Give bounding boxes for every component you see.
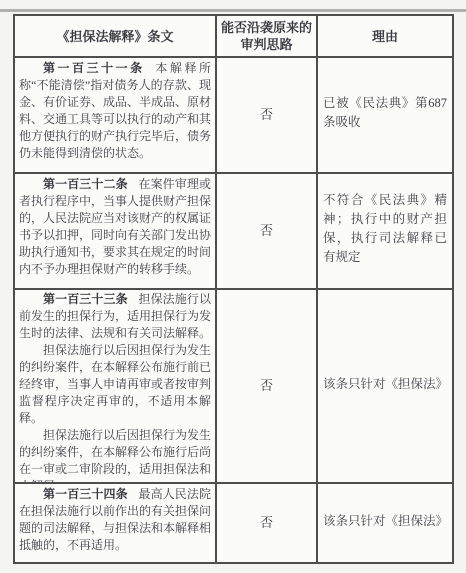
follow-cell: 否 [216,289,317,483]
page-top-edge-line [0,9,466,12]
row-article-133: 第一百三十三条担保法施行以前发生的担保行为，适用担保行为发生时的法律、法规和有关… [14,289,453,483]
follow-value: 否 [217,484,316,558]
header-article-column: 《担保法解释》条文 [14,15,216,57]
article-paragraph: 担保法施行以后因担保行为发生的纠纷案件，在本解释公布施行后尚在一审或二审阶段的，… [19,427,211,482]
scanned-page: 《担保法解释》条文 能否沿袭原来的审判思路 理由 第一百三十一条本解释所称“不能… [0,0,466,573]
reason-text: 不符合《民法典》精神；执行中的财产担保，执行司法解释已有规定 [323,191,447,267]
reason-text: 该条只针对《担保法》 [323,512,447,531]
article-text: 在案件审理或者执行程序中，当事人提供财产担保的，人民法院应当对该财产的权属证书予… [19,177,211,276]
article-cell: 第一百三十二条在案件审理或者执行程序中，当事人提供财产担保的，人民法院应当对该财… [14,173,216,289]
reason-cell: 不符合《民法典》精神；执行中的财产担保，执行司法解释已有规定 [317,173,453,289]
header-row: 《担保法解释》条文 能否沿袭原来的审判思路 理由 [14,15,453,57]
reason-text: 该条只针对《担保法》 [323,375,447,394]
header-follow-column: 能否沿袭原来的审判思路 [216,15,317,57]
article-number: 第一百三十三条 [43,292,128,306]
reason-cell: 该条只针对《担保法》 [317,483,453,563]
follow-cell: 否 [216,483,317,563]
article-cell: 第一百三十一条本解释所称“不能清偿”指对债务人的存款、现金、有价证券、成品、半成… [14,57,216,173]
follow-cell: 否 [216,57,317,173]
follow-value: 否 [217,174,316,284]
follow-value: 否 [217,58,316,168]
guarantee-law-comparison-table: 《担保法解释》条文 能否沿袭原来的审判思路 理由 第一百三十一条本解释所称“不能… [13,14,454,564]
follow-cell: 否 [216,173,317,289]
article-paragraph: 第一百三十一条本解释所称“不能清偿”指对债务人的存款、现金、有价证券、成品、半成… [19,60,211,162]
follow-value: 否 [217,290,316,479]
reason-cell: 该条只针对《担保法》 [317,289,453,483]
header-follow-label: 能否沿袭原来的审判思路 [217,16,316,56]
row-article-131: 第一百三十一条本解释所称“不能清偿”指对债务人的存款、现金、有价证券、成品、半成… [14,57,453,173]
reason-text: 已被《民法典》第687条吸收 [323,94,447,132]
article-paragraph: 第一百三十二条在案件审理或者执行程序中，当事人提供财产担保的，人民法院应当对该财… [19,176,211,278]
article-cell: 第一百三十四条最高人民法院在担保法施行以前作出的有关担保问题的司法解释，与担保法… [14,483,216,563]
row-article-132: 第一百三十二条在案件审理或者执行程序中，当事人提供财产担保的，人民法院应当对该财… [14,173,453,289]
article-paragraph: 担保法施行以后因担保行为发生的纠纷案件，在本解释公布施行前已经终审，当事人申请再… [19,342,211,427]
row-article-134: 第一百三十四条最高人民法院在担保法施行以前作出的有关担保问题的司法解释，与担保法… [14,483,453,563]
reason-cell: 已被《民法典》第687条吸收 [317,57,453,173]
header-article-label: 《担保法解释》条文 [15,16,215,56]
article-paragraph: 第一百三十四条最高人民法院在担保法施行以前作出的有关担保问题的司法解释，与担保法… [19,486,211,554]
header-reason-column: 理由 [317,15,453,57]
header-reason-label: 理由 [318,16,452,56]
article-number: 第一百三十二条 [43,177,128,191]
article-number: 第一百三十一条 [43,61,145,75]
article-number: 第一百三十四条 [43,487,128,501]
article-text: 本解释所称“不能清偿”指对债务人的存款、现金、有价证券、成品、半成品、原材料、交… [19,61,211,160]
article-cell: 第一百三十三条担保法施行以前发生的担保行为，适用担保行为发生时的法律、法规和有关… [14,289,216,483]
article-paragraph: 第一百三十三条担保法施行以前发生的担保行为，适用担保行为发生时的法律、法规和有关… [19,291,211,342]
